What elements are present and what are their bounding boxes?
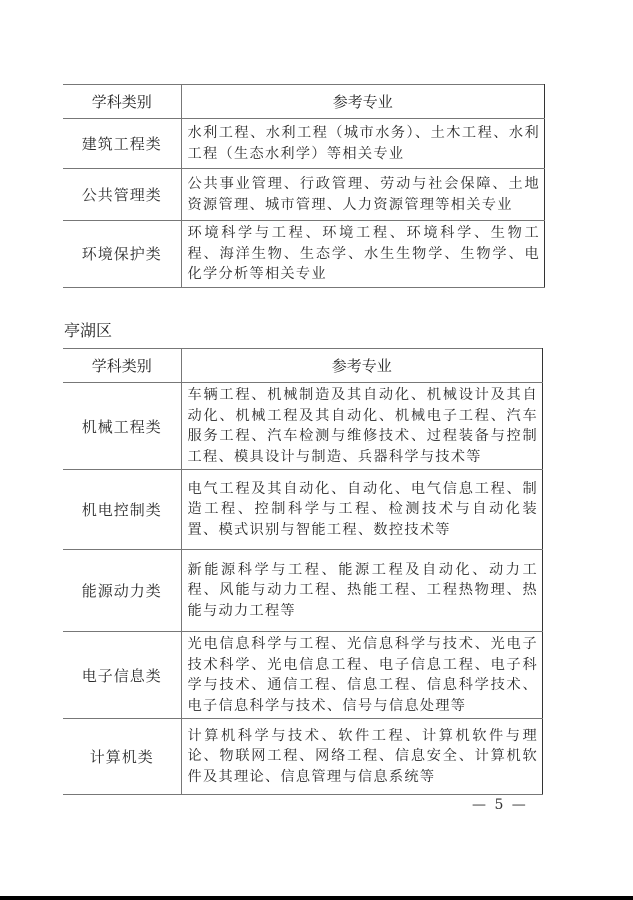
- page-number: — 5 —: [472, 797, 528, 813]
- table-row: 电子信息类 光电信息科学与工程、光信息科学与技术、光电子技术科学、光电信息工程、…: [63, 632, 543, 719]
- table-row: 能源动力类 新能源科学与工程、能源工程及自动化、动力工程、风能与动力工程、热能工…: [63, 550, 543, 632]
- category-cell: 环境保护类: [63, 221, 181, 288]
- category-cell: 机电控制类: [63, 470, 181, 550]
- category-cell: 公共管理类: [63, 169, 181, 221]
- majors-cell: 计算机科学与技术、软件工程、计算机软件与理论、物联网工程、网络工程、信息安全、计…: [181, 719, 543, 795]
- header-majors: 参考专业: [181, 349, 543, 383]
- majors-table-1: 学科类别 参考专业 建筑工程类 水利工程、水利工程（城市水务）、土木工程、水利工…: [63, 84, 545, 288]
- majors-cell: 水利工程、水利工程（城市水务）、土木工程、水利工程（生态水利学）等相关专业: [181, 119, 545, 169]
- majors-table-2: 学科类别 参考专业 机械工程类 车辆工程、机械制造及其自动化、机械设计及其自动化…: [63, 348, 543, 795]
- category-cell: 计算机类: [63, 719, 181, 795]
- table-header-row: 学科类别 参考专业: [63, 85, 545, 119]
- table-row: 机电控制类 电气工程及其自动化、自动化、电气信息工程、制造工程、控制科学与工程、…: [63, 470, 543, 550]
- majors-cell: 公共事业管理、行政管理、劳动与社会保障、土地资源管理、城市管理、人力资源管理等相…: [181, 169, 545, 221]
- section-title: 亭湖区: [64, 318, 112, 341]
- category-cell: 建筑工程类: [63, 119, 181, 169]
- majors-cell: 车辆工程、机械制造及其自动化、机械设计及其自动化、机械工程及其自动化、机械电子工…: [181, 383, 543, 470]
- table-row: 机械工程类 车辆工程、机械制造及其自动化、机械设计及其自动化、机械工程及其自动化…: [63, 383, 543, 470]
- table-row: 环境保护类 环境科学与工程、环境工程、环境科学、生物工程、海洋生物、生态学、水生…: [63, 221, 545, 288]
- scan-edge-bar: [0, 896, 633, 900]
- table-row: 计算机类 计算机科学与技术、软件工程、计算机软件与理论、物联网工程、网络工程、信…: [63, 719, 543, 795]
- header-category: 学科类别: [63, 349, 181, 383]
- category-cell: 电子信息类: [63, 632, 181, 719]
- table-header-row: 学科类别 参考专业: [63, 349, 543, 383]
- majors-cell: 环境科学与工程、环境工程、环境科学、生物工程、海洋生物、生态学、水生生物学、生物…: [181, 221, 545, 288]
- category-cell: 机械工程类: [63, 383, 181, 470]
- table-row: 建筑工程类 水利工程、水利工程（城市水务）、土木工程、水利工程（生态水利学）等相…: [63, 119, 545, 169]
- header-category: 学科类别: [63, 85, 181, 119]
- majors-cell: 光电信息科学与工程、光信息科学与技术、光电子技术科学、光电信息工程、电子信息工程…: [181, 632, 543, 719]
- header-majors: 参考专业: [181, 85, 545, 119]
- majors-cell: 电气工程及其自动化、自动化、电气信息工程、制造工程、控制科学与工程、检测技术与自…: [181, 470, 543, 550]
- majors-cell: 新能源科学与工程、能源工程及自动化、动力工程、风能与动力工程、热能工程、工程热物…: [181, 550, 543, 632]
- table-row: 公共管理类 公共事业管理、行政管理、劳动与社会保障、土地资源管理、城市管理、人力…: [63, 169, 545, 221]
- category-cell: 能源动力类: [63, 550, 181, 632]
